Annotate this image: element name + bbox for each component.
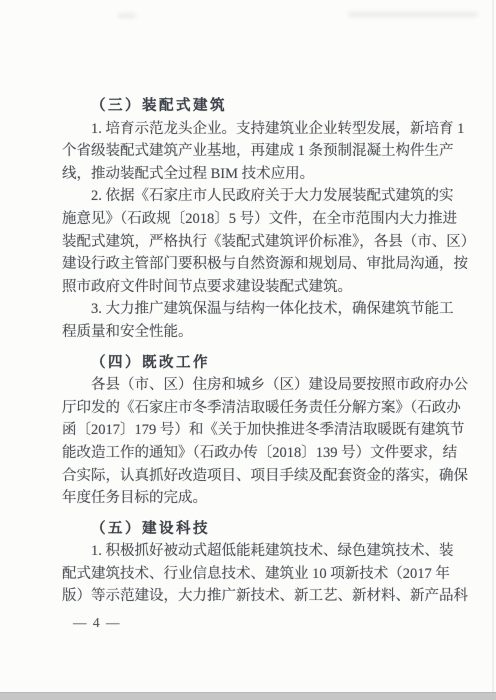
section-heading-3: （三）装配式建筑: [62, 87, 435, 118]
text-line: 线，推动装配式全过程 BIM 技术应用。: [62, 163, 435, 186]
text-line: 程质量和安全性能。: [62, 321, 435, 344]
document-body: （三）装配式建筑 1. 培育示范龙头企业。支持建筑业企业转型发展，新培育 1 个…: [62, 87, 435, 631]
scan-bottom-edge: [0, 692, 496, 700]
text-line: 施意见》（石政规〔2018〕5 号）文件，在全市范围内大力推进: [62, 208, 435, 231]
text-line: 1. 培育示范龙头企业。支持建筑业企业转型发展，新培育 1: [62, 118, 435, 141]
page-number: — 4 —: [62, 615, 435, 631]
text-line: 3. 大力推广建筑保温与结构一体化技术，确保建筑节能工: [62, 298, 435, 321]
text-line: 能改造工作的通知》（石政办传〔2018〕139 号）文件要求，结: [62, 442, 435, 465]
text-line: 函〔2017〕179 号）和《关于加快推进冬季清洁取暖既有建筑节: [62, 419, 435, 442]
text-line: 1. 积极抓好被动式超低能耗建筑技术、绿色建筑技术、装: [62, 540, 435, 563]
section-heading-5: （五）建设科技: [62, 510, 435, 541]
text-line: 装配式建筑，严格执行《装配式建筑评价标准》，各县（市、区）: [62, 231, 435, 254]
scan-smudge: [348, 12, 478, 17]
text-line: 年度任务目标的完成。: [62, 487, 435, 510]
text-line: 个省级装配式建筑产业基地，再建成 1 条预制混凝土构件生产: [62, 140, 435, 163]
text-line: 照市政府文件时间节点要求建设装配式建筑。: [62, 276, 435, 299]
text-line: 2. 依据《石家庄市人民政府关于大力发展装配式建筑的实: [62, 185, 435, 208]
text-line: 版）等示范建设，大力推广新技术、新工艺、新材料、新产品科: [62, 585, 435, 608]
text-line: 合实际，认真抓好改造项目、项目手续及配套资金的落实，确保: [62, 465, 435, 488]
text-line: 各县（市、区）住房和城乡（区）建设局要按照市政府办公: [62, 374, 435, 397]
scan-right-edge: [492, 0, 494, 692]
scan-smudge: [118, 13, 136, 18]
text-line: 厅印发的《石家庄市冬季清洁取暖任务责任分解方案》（石政办: [62, 397, 435, 420]
section-heading-4: （四）既改工作: [62, 344, 435, 375]
text-line: 配式建筑技术、行业信息技术、建筑业 10 项新技术（2017 年: [62, 563, 435, 586]
text-line: 建设行政主管部门要积极与自然资源和规划局、审批局沟通，按: [62, 253, 435, 276]
scanned-document-page: （三）装配式建筑 1. 培育示范龙头企业。支持建筑业企业转型发展，新培育 1 个…: [0, 0, 496, 700]
